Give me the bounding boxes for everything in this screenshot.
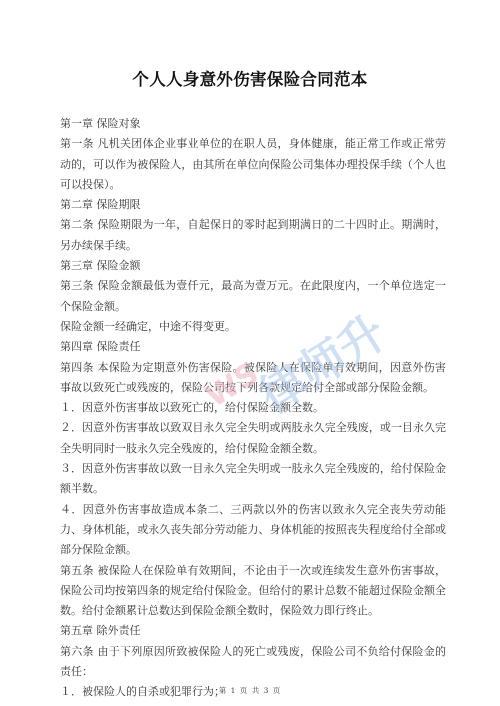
article-4-item-4: ４．因意外伤害事故造成本条二、三两款以外的伤害以致永久完全丧失劳动能力、身体机能… [60,500,446,561]
chapter-3-heading: 第三章 保险金额 [60,256,446,276]
article-4: 第四条 本保险为定期意外伤害保险。被保险人在保险单有效期间，因意外伤害事故以致死… [60,358,446,399]
article-4-item-1: １．因意外伤害事故以致死亡的，给付保险金额全数。 [60,398,446,418]
article-3-note: 保险金额一经确定，中途不得变更。 [60,317,446,337]
chapter-2-heading: 第二章 保险期限 [60,195,446,215]
article-4-item-2: ２．因意外伤害事故以致双目永久完全失明或两肢永久完全残废，或一目永久完全失明同时… [60,418,446,459]
document-body: 第一章 保险对象 第一条 凡机关团体企业事业单位的在职人员，身体健康，能正常工作… [60,114,446,703]
article-1: 第一条 凡机关团体企业事业单位的在职人员，身体健康，能正常工作或正常劳动的，可以… [60,134,446,195]
article-3: 第三条 保险金额最低为壹仟元，最高为壹万元。在此限度内，一个单位选定一个保险金额… [60,276,446,317]
article-6: 第六条 由于下列原因所致被保险人的死亡或残废，保险公司不负给付保险金的责任： [60,642,446,683]
chapter-1-heading: 第一章 保险对象 [60,114,446,134]
document-page: 个人人身意外伤害保险合同范本 第一章 保险对象 第一条 凡机关团体企业事业单位的… [0,0,500,706]
chapter-4-heading: 第四章 保险责任 [60,337,446,357]
article-4-item-3: ３．因意外伤害事故以致一目永久完全失明或一肢永久完全残废的，给付保险金额半数。 [60,459,446,500]
page-number-footer: 第 1 页 共 3 页 [0,685,500,696]
chapter-5-heading: 第五章 除外责任 [60,621,446,641]
article-2: 第二条 保险期限为一年，自起保日的零时起到期满日的二十四时止。期满时，另办续保手… [60,215,446,256]
document-title: 个人人身意外伤害保险合同范本 [0,66,500,90]
article-5: 第五条 被保险人在保险单有效期间，不论由于一次或连续发生意外伤害事故，保险公司均… [60,561,446,622]
